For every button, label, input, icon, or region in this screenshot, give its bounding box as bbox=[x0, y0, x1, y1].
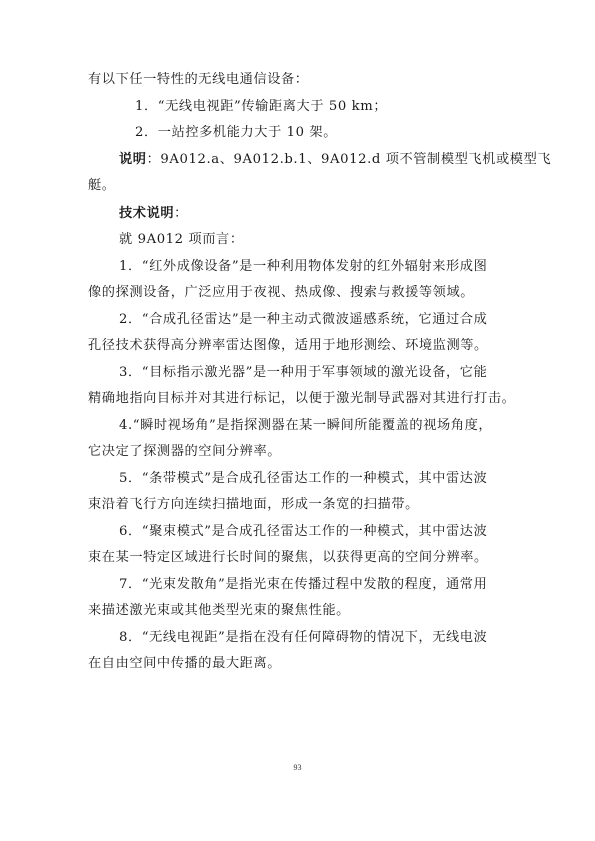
definition-7-line2: 来描述激光束或其他类型光束的聚焦性能。 bbox=[88, 602, 513, 620]
tech-note-heading: 技术说明： bbox=[119, 205, 544, 223]
note-label: 说明 bbox=[119, 152, 147, 167]
document-page: 有以下任一特性的无线电通信设备： 1．“无线电视距”传输距离大于 50 km； … bbox=[0, 0, 595, 841]
tech-note-preface: 就 9A012 项而言： bbox=[119, 231, 544, 249]
definition-4-line2: 它决定了探测器的空间分辨率。 bbox=[88, 443, 513, 461]
definition-1-line1: 1．“红外成像设备”是一种利用物体发射的红外辐射来形成图 bbox=[119, 258, 544, 276]
definition-5-line2: 束沿着飞行方向连续扫描地面，形成一条宽的扫描带。 bbox=[88, 496, 513, 514]
definition-2-line2: 孔径技术获得高分辨率雷达图像，适用于地形测绘、环境监测等。 bbox=[88, 337, 513, 355]
definition-8-line1: 8．“无线电视距”是指在没有任何障碍物的情况下，无线电波 bbox=[119, 629, 544, 647]
definition-2-line1: 2．“合成孔径雷达”是一种主动式微波遥感系统，它通过合成 bbox=[119, 311, 544, 329]
page-number: 93 bbox=[0, 763, 595, 772]
definition-3-line2: 精确地指向目标并对其进行标记，以便于激光制导武器对其进行打击。 bbox=[88, 390, 513, 408]
definition-8-line2: 在自由空间中传播的最大距离。 bbox=[88, 655, 513, 673]
definition-5-line1: 5．“条带模式”是合成孔径雷达工作的一种模式，其中雷达波 bbox=[119, 470, 544, 488]
criterion-2: 2．一站控多机能力大于 10 架。 bbox=[135, 124, 560, 142]
intro-text: 有以下任一特性的无线电通信设备： bbox=[88, 71, 513, 89]
definition-6-line2: 束在某一特定区域进行长时间的聚焦，以获得更高的空间分辨率。 bbox=[88, 549, 513, 567]
definition-4-line1: 4.“瞬时视场角”是指探测器在某一瞬间所能覆盖的视场角度， bbox=[119, 417, 544, 435]
definition-7-line1: 7．“光束发散角”是指光束在传播过程中发散的程度，通常用 bbox=[119, 576, 544, 594]
criterion-1: 1．“无线电视距”传输距离大于 50 km； bbox=[135, 98, 560, 116]
definition-3-line1: 3．“目标指示激光器”是一种用于军事领域的激光设备，它能 bbox=[119, 364, 544, 382]
definition-6-line1: 6．“聚束模式”是合成孔径雷达工作的一种模式，其中雷达波 bbox=[119, 523, 544, 541]
note-paragraph: 说明：9A012.a、9A012.b.1、9A012.d 项不管制模型飞机或模型… bbox=[119, 151, 544, 169]
definition-1-line2: 像的探测设备，广泛应用于夜视、热成像、搜索与救援等领域。 bbox=[88, 284, 513, 302]
note-text-cont: 艇。 bbox=[88, 177, 513, 195]
note-text: ：9A012.a、9A012.b.1、9A012.d 项不管制模型飞机或模型飞 bbox=[147, 152, 552, 167]
